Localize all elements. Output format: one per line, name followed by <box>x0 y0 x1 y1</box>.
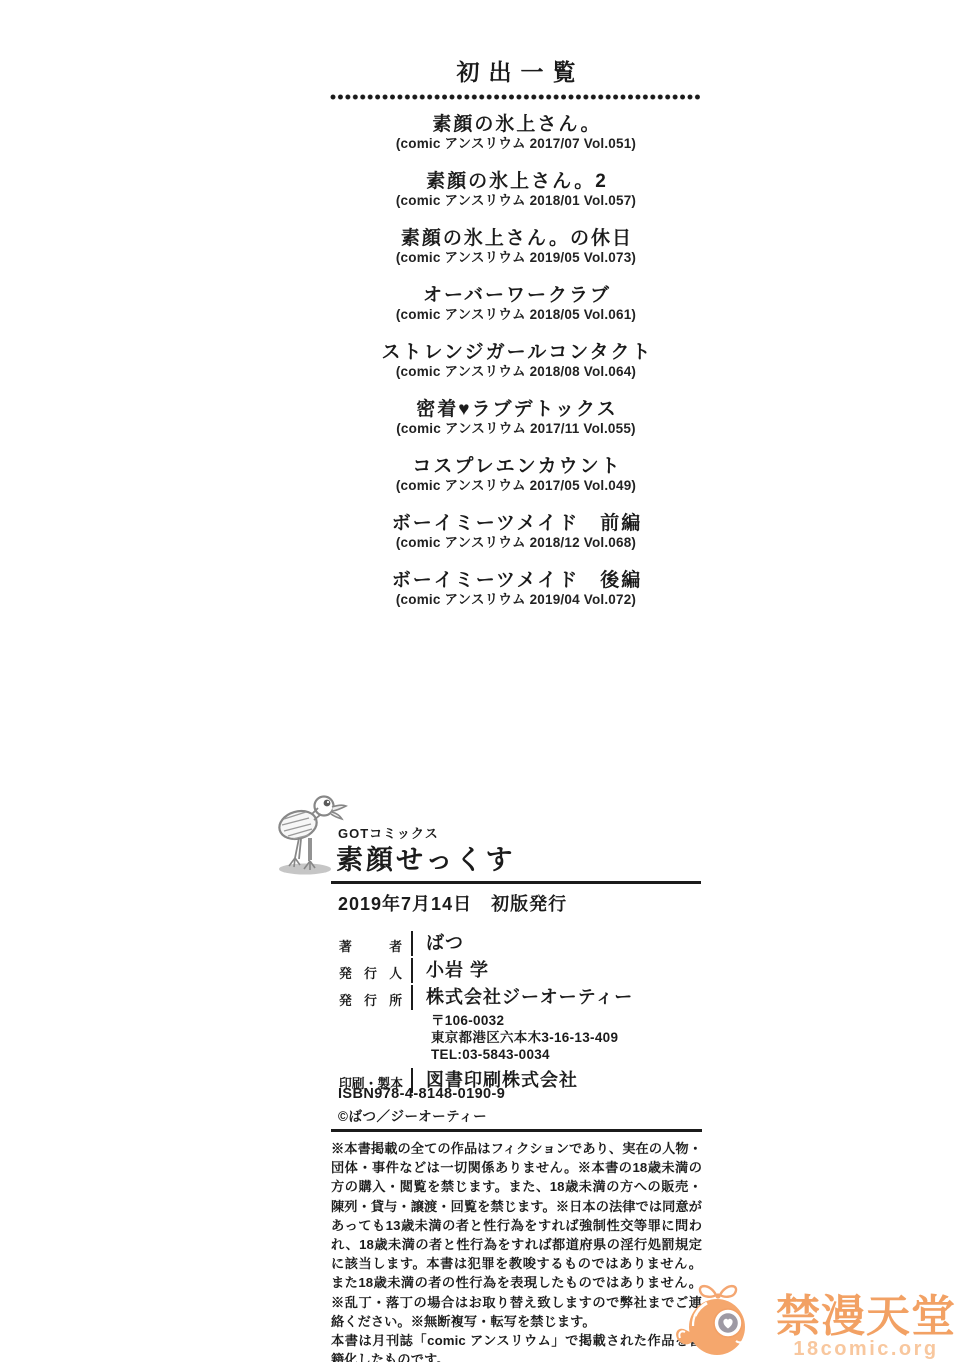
entry-title: 密着♥ラブデトックス <box>330 399 702 421</box>
phone-line: TEL:03-5843-0034 <box>431 1046 633 1063</box>
entry-source: (comic アンスリウム 2018/12 Vol.068) <box>330 535 702 551</box>
whale-mascot-icon <box>670 1282 772 1360</box>
publication-entry: 密着♥ラブデトックス (comic アンスリウム 2017/11 Vol.055… <box>330 399 702 437</box>
publication-entry: オーバーワークラブ (comic アンスリウム 2018/05 Vol.061) <box>330 285 702 323</box>
thick-rule-divider <box>331 1129 702 1132</box>
entry-source: (comic アンスリウム 2017/11 Vol.055) <box>330 421 702 437</box>
isbn: ISBN978-4-8148-0190-9 <box>338 1086 505 1102</box>
entry-source: (comic アンスリウム 2017/07 Vol.051) <box>330 136 702 152</box>
publication-entry: 素顔の氷上さん。の休日 (comic アンスリウム 2019/05 Vol.07… <box>330 228 702 266</box>
entry-source: (comic アンスリウム 2017/05 Vol.049) <box>330 478 702 494</box>
watermark-site-url: 18comic.org <box>776 1338 956 1360</box>
entry-source: (comic アンスリウム 2018/05 Vol.061) <box>330 307 702 323</box>
entry-title: ボーイミーツメイド 後編 <box>330 570 702 592</box>
entry-source: (comic アンスリウム 2018/08 Vol.064) <box>330 364 702 380</box>
credit-value: 小岩 学 <box>411 958 489 983</box>
imprint-label: GOTコミックス <box>338 823 439 842</box>
entry-source: (comic アンスリウム 2018/01 Vol.057) <box>330 193 702 209</box>
publication-entries: 素顔の氷上さん。 (comic アンスリウム 2017/07 Vol.051) … <box>330 114 702 608</box>
publisher-address: 〒106-0032 東京都港区六本木3-16-13-409 TEL:03-584… <box>431 1010 633 1066</box>
book-title: 素顔せっくす <box>336 843 515 877</box>
credit-label: 発行人 <box>339 958 402 983</box>
disclaimer-paragraph: ※本書掲載の全ての作品はフィクションであり、実在の人物・団体・事件などは一切関係… <box>331 1139 702 1331</box>
first-publication-list: 初出一覧 素顔の氷上さん。 (comic アンスリウム 2017/07 Vol.… <box>330 58 702 627</box>
dotted-divider <box>330 94 702 100</box>
entry-title: 素顔の氷上さん。 <box>330 114 702 136</box>
publication-entry: ボーイミーツメイド 後編 (comic アンスリウム 2019/04 Vol.0… <box>330 570 702 608</box>
edition-date: 2019年7月14日 初版発行 <box>338 890 567 916</box>
credit-row-author: 著者 ばつ <box>339 931 700 956</box>
entry-source: (comic アンスリウム 2019/05 Vol.073) <box>330 250 702 266</box>
entry-source: (comic アンスリウム 2019/04 Vol.072) <box>330 592 702 608</box>
credit-row-publishing-office: 発行所 株式会社ジーオーティー 〒106-0032 東京都港区六本木3-16-1… <box>339 985 700 1066</box>
disclaimer-paragraph: 本書は月刊誌「comic アンスリウム」で掲載された作品を書籍化したものです。 <box>331 1331 702 1362</box>
copyright: ©ばつ／ジーオーティー <box>338 1105 487 1125</box>
publication-entry: ボーイミーツメイド 前編 (comic アンスリウム 2018/12 Vol.0… <box>330 513 702 551</box>
publication-entry: ストレンジガールコンタクト (comic アンスリウム 2018/08 Vol.… <box>330 342 702 380</box>
credit-label: 発行所 <box>339 985 402 1066</box>
credit-label: 著者 <box>339 931 402 956</box>
entry-title: オーバーワークラブ <box>330 285 702 307</box>
publication-entry: 素顔の氷上さん。2 (comic アンスリウム 2018/01 Vol.057) <box>330 171 702 209</box>
credit-value: 株式会社ジーオーティー <box>411 985 633 1010</box>
entry-title: 素顔の氷上さん。2 <box>330 171 702 193</box>
publication-entry: 素顔の氷上さん。 (comic アンスリウム 2017/07 Vol.051) <box>330 114 702 152</box>
watermark-site-name: 禁漫天堂 <box>776 1295 956 1339</box>
entry-title: ストレンジガールコンタクト <box>330 342 702 364</box>
site-watermark: 禁漫天堂 18comic.org <box>670 1282 956 1360</box>
entry-title: コスプレエンカウント <box>330 456 702 478</box>
disclaimer-block: ※本書掲載の全ての作品はフィクションであり、実在の人物・団体・事件などは一切関係… <box>331 1129 702 1362</box>
credit-row-publisher-person: 発行人 小岩 学 <box>339 958 700 983</box>
credits-block: 著者 ばつ 発行人 小岩 学 発行所 株式会社ジーオーティー 〒106-0032… <box>339 931 700 1095</box>
entry-title: 素顔の氷上さん。の休日 <box>330 228 702 250</box>
entry-title: ボーイミーツメイド 前編 <box>330 513 702 535</box>
publication-entry: コスプレエンカウント (comic アンスリウム 2017/05 Vol.049… <box>330 456 702 494</box>
postal-code: 〒106-0032 <box>431 1012 633 1029</box>
page-title: 初出一覧 <box>330 58 702 86</box>
title-rule-divider <box>331 881 701 884</box>
address-line: 東京都港区六本木3-16-13-409 <box>431 1029 633 1046</box>
credit-value: ばつ <box>411 931 464 956</box>
